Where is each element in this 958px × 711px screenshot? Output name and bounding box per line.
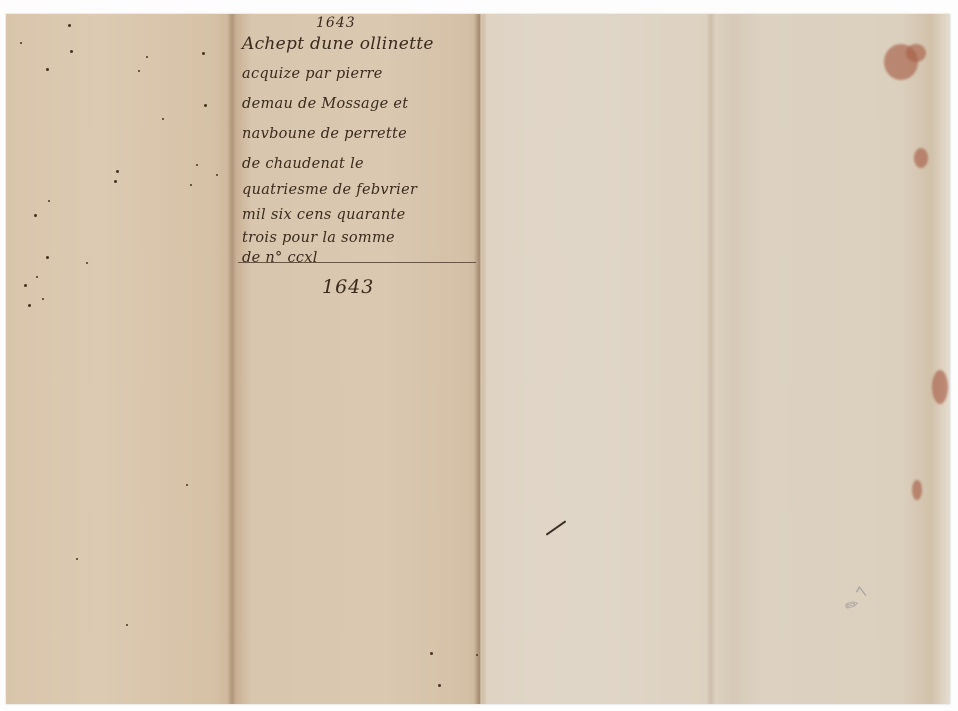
speck [36, 276, 38, 278]
speck [138, 70, 140, 72]
stain [914, 148, 928, 168]
fold-crease [706, 14, 716, 704]
speck [476, 654, 478, 656]
speck [46, 68, 49, 71]
speck [24, 284, 27, 287]
speck [68, 24, 71, 27]
docket-line: demau de Mossage et [242, 96, 408, 112]
stain [932, 370, 948, 404]
speck [28, 304, 31, 307]
speck [202, 52, 205, 55]
stain [906, 44, 926, 62]
docket-year-bottom: 1643 [322, 276, 374, 298]
docket-line: de n° ccxl [242, 250, 318, 266]
speck [216, 174, 218, 176]
docket-line: mil six cens quarante [242, 207, 405, 223]
speck [116, 170, 119, 173]
speck [204, 104, 207, 107]
speck [34, 214, 37, 217]
speck [48, 200, 50, 202]
speck [146, 56, 148, 58]
speck [76, 558, 78, 560]
docket-line: trois pour la somme [242, 230, 395, 246]
fold-crease [227, 14, 237, 704]
speck [42, 298, 44, 300]
speck [114, 180, 117, 183]
speck [190, 184, 192, 186]
docket-line: acquize par pierre [242, 66, 383, 82]
docket-line: de chaudenat le [242, 156, 364, 172]
speck [430, 652, 433, 655]
docket-line: Achept dune ollinette [242, 34, 434, 54]
speck [162, 118, 164, 120]
speck [46, 256, 49, 259]
speck [126, 624, 128, 626]
speck [70, 50, 73, 53]
speck [438, 684, 441, 687]
fold-crease [474, 14, 484, 704]
docket-year-top: 1643 [316, 15, 356, 31]
scan-background: 1643 Achept dune ollinette acquize par p… [0, 0, 958, 711]
stain [912, 480, 922, 500]
left-panel [6, 14, 232, 704]
speck [196, 164, 198, 166]
docket-line: quatriesme de febvrier [242, 182, 417, 198]
speck [186, 484, 188, 486]
parchment-sheet: 1643 Achept dune ollinette acquize par p… [6, 14, 950, 704]
speck [86, 262, 88, 264]
speck [20, 42, 22, 44]
docket-line: navboune de perrette [242, 126, 407, 142]
docket-panel: 1643 Achept dune ollinette acquize par p… [232, 14, 480, 704]
docket-rule [238, 262, 476, 263]
